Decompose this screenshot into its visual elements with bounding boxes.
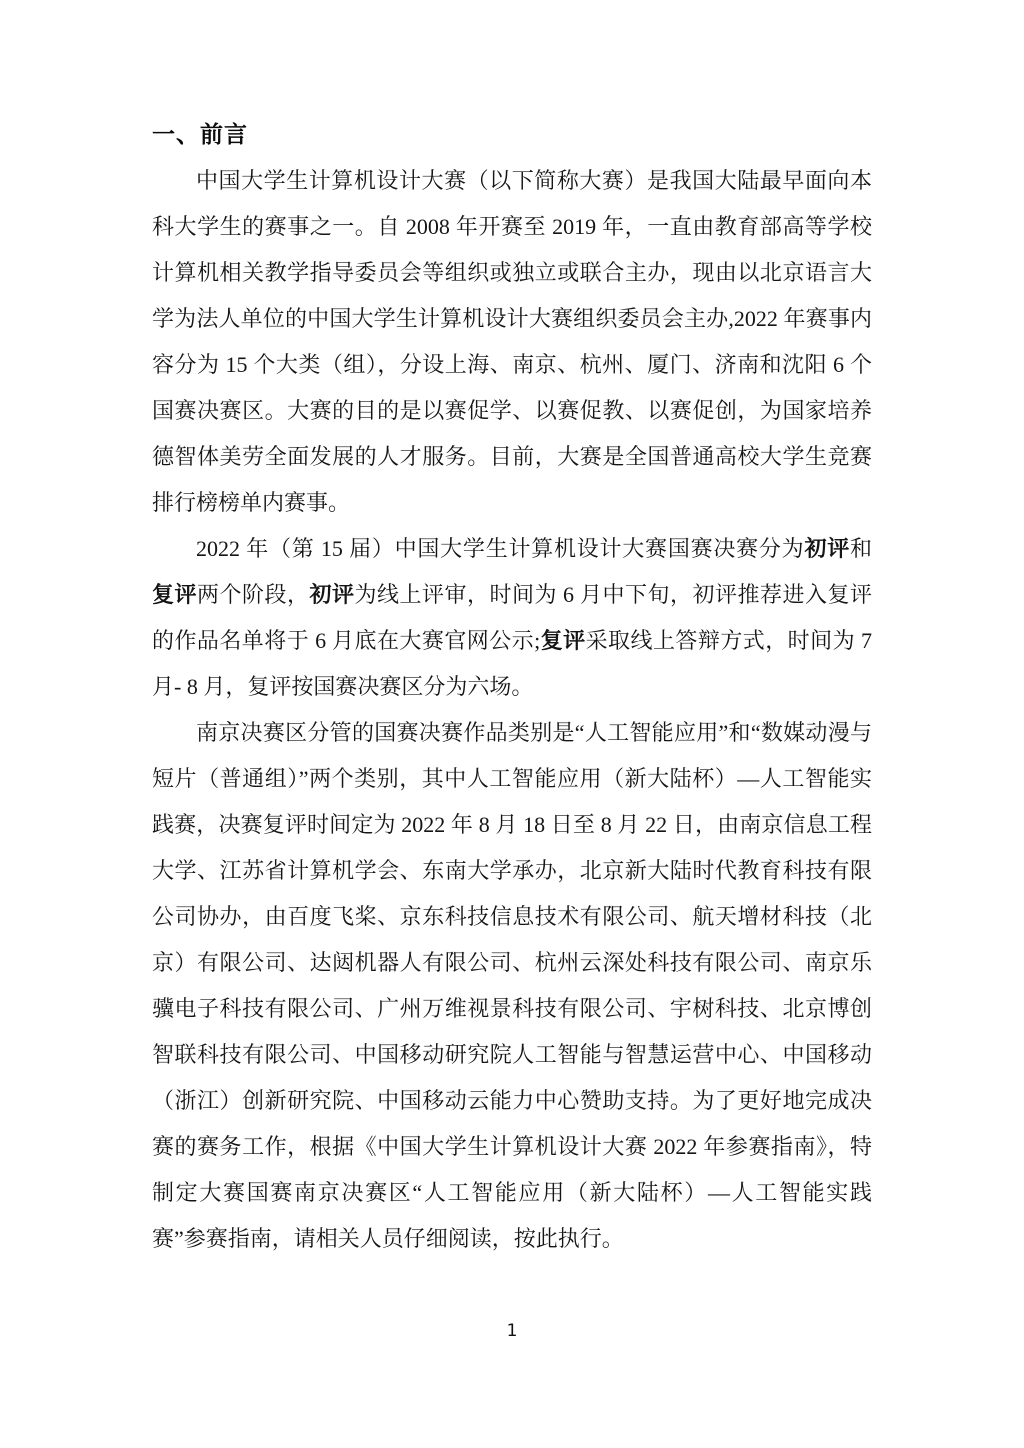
bold-text-segment: 初评 bbox=[310, 582, 355, 607]
section-heading: 一、前言 bbox=[152, 120, 872, 150]
text-segment: 两个阶段， bbox=[197, 582, 310, 607]
page-number: 1 bbox=[0, 1320, 1024, 1342]
text-segment: 和 bbox=[850, 536, 872, 561]
paragraph: 南京决赛区分管的国赛决赛作品类别是“人工智能应用”和“数媒动漫与短片（普通组）”… bbox=[152, 710, 872, 1262]
bold-text-segment: 初评 bbox=[804, 536, 850, 561]
text-segment: 南京决赛区分管的国赛决赛作品类别是“人工智能应用”和“数媒动漫与短片（普通组）”… bbox=[152, 720, 872, 1251]
bold-text-segment: 复评 bbox=[540, 628, 585, 653]
paragraph: 2022 年（第 15 届）中国大学生计算机设计大赛国赛决赛分为初评和复评两个阶… bbox=[152, 526, 872, 710]
text-segment: 2022 年（第 15 届）中国大学生计算机设计大赛国赛决赛分为 bbox=[196, 536, 804, 561]
paragraph: 中国大学生计算机设计大赛（以下简称大赛）是我国大陆最早面向本科大学生的赛事之一。… bbox=[152, 158, 872, 526]
document-body: 中国大学生计算机设计大赛（以下简称大赛）是我国大陆最早面向本科大学生的赛事之一。… bbox=[152, 158, 872, 1262]
document-page: 一、前言 中国大学生计算机设计大赛（以下简称大赛）是我国大陆最早面向本科大学生的… bbox=[0, 0, 1024, 1448]
bold-text-segment: 复评 bbox=[152, 582, 197, 607]
text-segment: 中国大学生计算机设计大赛（以下简称大赛）是我国大陆最早面向本科大学生的赛事之一。… bbox=[152, 168, 872, 515]
